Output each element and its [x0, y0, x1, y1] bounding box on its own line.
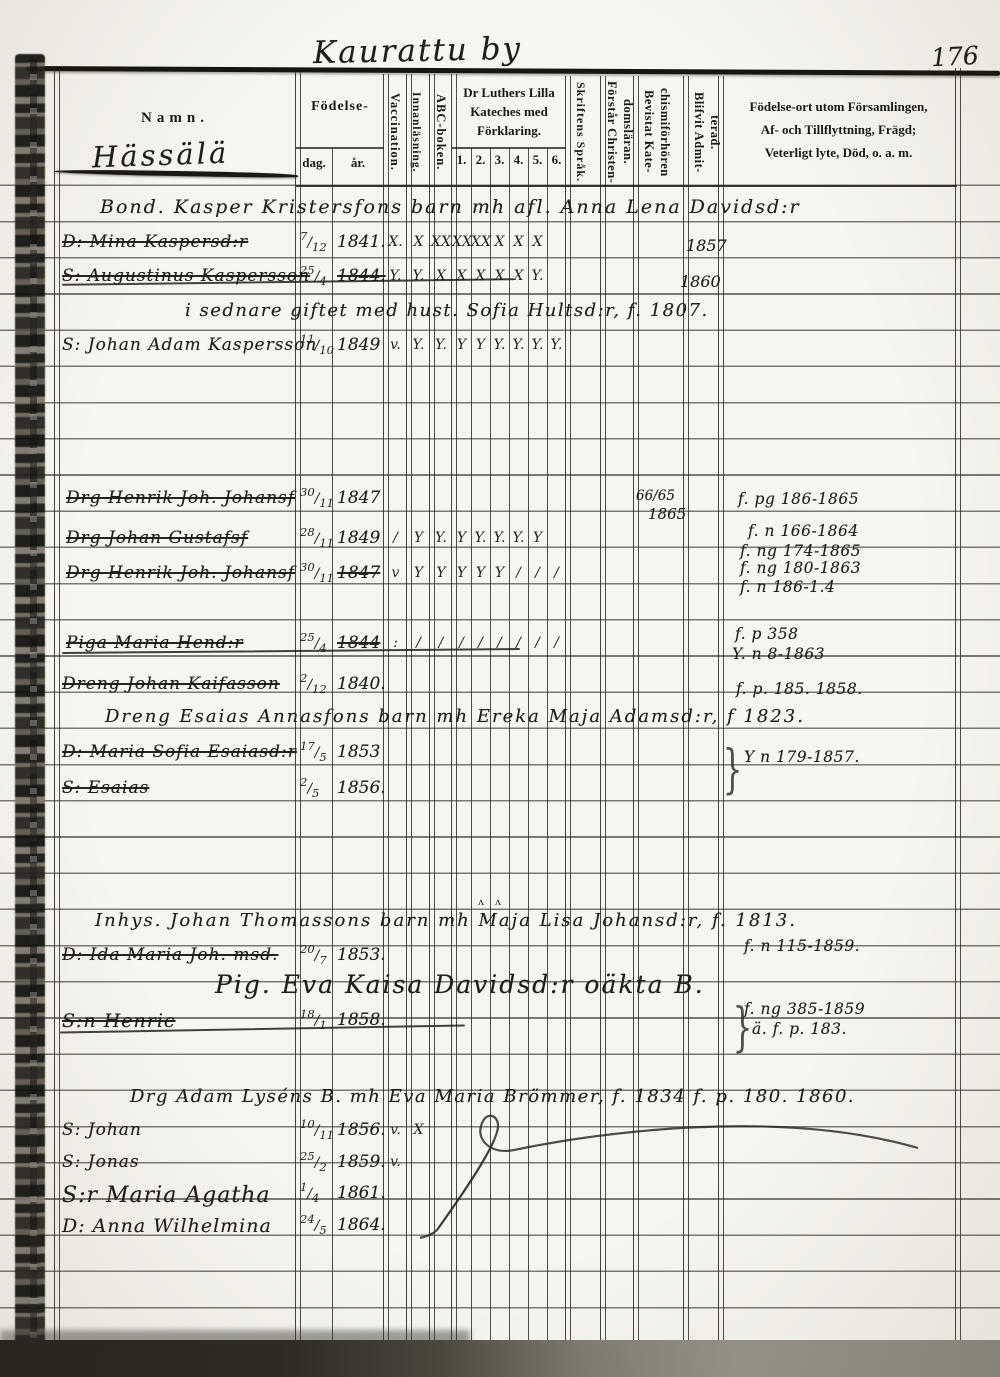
column-header-vaccination: Vaccination. — [387, 78, 402, 186]
subheader-divider — [296, 147, 384, 149]
column-header-ar: år. — [332, 155, 384, 171]
person-name: Drg Henrik Joh. Johansf — [66, 563, 295, 583]
table-row: D: Anna Wilhelmina 24/5 1864. — [0, 1215, 1000, 1251]
family-span-row: Dreng Esaias Annasfons barn mh Ereka Maj… — [0, 706, 1000, 742]
birth-day: 24/5 — [300, 1212, 327, 1237]
kateches-num: 5. — [528, 152, 547, 168]
birth-day: 7/12 — [300, 229, 327, 254]
column-header-fodelseort: Födelse-ort utom Församlingen, Af- och T… — [722, 96, 955, 164]
kateches-num: 2. — [471, 152, 490, 168]
person-name: Drg Henrik Joh. Johansf — [66, 488, 295, 508]
kateches-num: 4. — [509, 152, 528, 168]
table-row: S:n Henric 18/1 1858. } f. ng 385-1859 ä… — [0, 1010, 1000, 1046]
family-heading: Bond. Kasper Kristersfons barn mh afl. A… — [100, 196, 801, 218]
family-heading: Drg Adam Lyséns B. mh Eva Maria Brömmer,… — [130, 1086, 855, 1107]
fodelseort-line3: Veterligt lyte, Död, o. a. m. — [722, 142, 955, 165]
examination-marks: v. — [384, 1154, 601, 1170]
birth-year: 1864. — [337, 1215, 386, 1235]
margin-note: f. n 115-1859. — [744, 937, 860, 955]
person-name: D: Anna Wilhelmina — [62, 1215, 272, 1237]
forstar-line2: domsläran. — [620, 78, 635, 186]
birth-year: 1856. — [337, 778, 386, 798]
margin-note: ä. f. p. 183. — [752, 1020, 847, 1038]
birth-year: 1847 — [337, 488, 380, 508]
birth-day: 25/4 — [300, 263, 327, 288]
birth-year: 1853. — [337, 945, 386, 965]
margin-note: f. p. 185. 1858. — [736, 680, 863, 698]
birth-year: 1841. — [337, 232, 386, 252]
birth-day: 30/11 — [300, 485, 334, 510]
examination-marks: vYYYYY/// — [384, 565, 601, 581]
kateches-num: 3. — [490, 152, 509, 168]
birth-year: 1859. — [337, 1152, 386, 1172]
table-row: S:r Maria Agatha 1/4 1861. — [0, 1183, 1000, 1219]
person-name: Drg Johan Gustafsf — [66, 528, 248, 548]
handwritten-village-title: Kaurattu by — [313, 31, 523, 71]
table-row: D: Mina Kaspersd:r 7/12 1841. X.XXXXXXXX… — [0, 232, 1000, 268]
birth-year: 1849 — [337, 528, 380, 548]
birth-year: 1853 — [337, 742, 380, 762]
bevistat-line2: chismiförhören — [657, 78, 672, 186]
birth-year: 1844. — [337, 266, 386, 286]
column-header-kateches: Dr Luthers Lilla Kateches med Förklaring… — [452, 84, 566, 141]
table-row: Drg Henrik Joh. Johansf 30/11 1847 vYYYY… — [0, 563, 1000, 599]
birth-year: 1861. — [337, 1183, 386, 1203]
column-header-fodelse: Födelse- — [296, 99, 384, 115]
fodelseort-line2: Af- och Tillflyttning, Frägd; — [722, 119, 955, 142]
birth-day: 30/11 — [300, 560, 334, 585]
admitted-year: 1857 — [686, 236, 727, 255]
table-row: S: Johan Adam Kaspersson 11/10 1849 v.Y.… — [0, 335, 1000, 371]
binding-edge-shadow — [30, 60, 37, 1346]
kateches-line3: Förklaring. — [452, 122, 566, 141]
birth-day: 17/5 — [300, 739, 327, 764]
table-row: S: Esaias 2/5 1856. — [0, 778, 1000, 814]
table-row: Dreng Johan Kaifasson 2/12 1840. f. p. 1… — [0, 674, 1000, 710]
person-name: S: Esaias — [62, 778, 149, 798]
person-name: Dreng Johan Kaifasson — [62, 674, 280, 694]
person-name: D: Maria Sofia Esaiasd:r — [62, 742, 297, 762]
blifvit-line1: Blifvit Admit- — [691, 78, 706, 186]
family-heading: Inhys. Johan Thomassons barn mh Maja Lis… — [95, 910, 797, 931]
birth-year: 1849 — [337, 335, 380, 355]
fodelseort-line1: Födelse-ort utom Församlingen, — [722, 96, 955, 119]
kateches-subcolumns: 1. 2. 3. 4. 5. 6. — [452, 152, 566, 168]
person-name: S: Jonas — [62, 1152, 140, 1172]
family-span-row: Drg Adam Lyséns B. mh Eva Maria Brömmer,… — [0, 1086, 1000, 1122]
margin-note: f. n 166-1864 — [748, 522, 859, 540]
kateches-line2: Kateches med — [452, 103, 566, 122]
handwritten-place-name: Hässälä — [91, 136, 229, 175]
subheader-divider — [452, 147, 566, 149]
birth-day: 11/10 — [300, 332, 334, 357]
examination-marks: /YY.YY.Y.Y.Y — [384, 530, 601, 546]
column-header-dag: dag. — [296, 155, 332, 171]
birth-day: 25/2 — [300, 1149, 327, 1174]
examination-marks: Y.Y.XXXXXY. — [384, 268, 601, 284]
ledger-page: Namn. Födelse- dag. år. Vaccination. Inn… — [0, 0, 1000, 1377]
family-span-row: i sednare giftet med hust. Sofia Hultsd:… — [0, 300, 1000, 336]
person-name: S: Johan Adam Kaspersson — [62, 335, 317, 355]
family-span-row: Bond. Kasper Kristersfons barn mh afl. A… — [0, 196, 1000, 232]
birth-year: 1847 — [337, 563, 380, 583]
margin-note: f. ng 174-1865 — [740, 542, 861, 560]
kateches-line1: Dr Luthers Lilla — [452, 84, 566, 103]
column-header-forstar-christendomslaran: Förstår Christen- domsläran. — [604, 78, 635, 186]
margin-note: f. p 358 — [735, 625, 798, 643]
person-name: S: Johan — [62, 1120, 142, 1140]
family-heading: Dreng Esaias Annasfons barn mh Ereka Maj… — [105, 706, 805, 727]
person-name: S:r Maria Agatha — [62, 1183, 271, 1208]
table-top-border — [26, 66, 1000, 75]
column-header-blifvit-admitterad: Blifvit Admit- terad. — [691, 78, 722, 186]
birth-day: 20/7 — [300, 942, 327, 967]
kateches-num: 6. — [547, 152, 566, 168]
table-row: D: Maria Sofia Esaiasd:r 17/5 1853 } Y n… — [0, 742, 1000, 778]
catechism-attendance: 66/65 — [636, 488, 675, 504]
page-number: 176 — [930, 41, 979, 72]
birth-day: 10/11 — [300, 1117, 334, 1142]
admitted-year: 1860 — [680, 272, 721, 291]
birth-day: 2/12 — [300, 671, 327, 696]
examination-marks: v.X — [384, 1122, 601, 1138]
family-heading: i sednare giftet med hust. Sofia Hultsd:… — [185, 300, 709, 321]
column-header-skriftens-sprak: Skriftens Språk. — [573, 78, 588, 186]
table-row: S: Johan 10/11 1856. v.X — [0, 1120, 1000, 1156]
family-heading: Pig. Eva Kaisa Davidsd:r oäkta B. — [215, 970, 705, 999]
examination-marks: X.XXXXXXXXXX — [384, 234, 601, 250]
margin-note: f. ng 180-1863 — [740, 559, 861, 577]
birth-day: 1/4 — [300, 1180, 319, 1205]
kateches-num: 1. — [452, 152, 471, 168]
admitted-year: 1865 — [648, 505, 686, 523]
person-name: D: Mina Kaspersd:r — [62, 232, 248, 252]
bevistat-line1: Bevistat Kate- — [641, 78, 656, 186]
margin-note: f. ng 385-1859 — [744, 1000, 865, 1018]
margin-note: Y. n 8-1863 — [732, 645, 825, 663]
column-header-bevistat-katechismiforhoren: Bevistat Kate- chismiförhören — [641, 78, 672, 186]
birth-day: 2/5 — [300, 775, 319, 800]
ditto-marks: ʌ ʌ — [478, 894, 505, 909]
column-header-abc-boken: ABC-boken. — [433, 78, 448, 186]
birth-year: 1840. — [337, 674, 386, 694]
forstar-line1: Förstår Christen- — [604, 78, 619, 186]
examination-marks: v.Y.Y.YYY.Y.Y.Y. — [384, 337, 601, 353]
person-name: S:n Henric — [62, 1010, 176, 1032]
margin-note: f. pg 186-1865 — [738, 490, 859, 508]
person-name: D: Ida Maria Joh. msd. — [62, 945, 278, 965]
column-header-innanlasning: Innanläsning. — [410, 78, 422, 186]
margin-note: Y n 179-1857. — [744, 748, 860, 766]
scan-edge-band — [0, 1340, 1000, 1377]
margin-note: f. n 186-1.4 — [740, 578, 835, 596]
column-header-namn: Namn. — [55, 110, 295, 127]
birth-day: 28/11 — [300, 525, 334, 550]
birth-year: 1856. — [337, 1120, 386, 1140]
table-row: Drg Henrik Joh. Johansf 30/11 1847 66/65… — [0, 488, 1000, 524]
blifvit-line2: terad. — [707, 78, 722, 186]
